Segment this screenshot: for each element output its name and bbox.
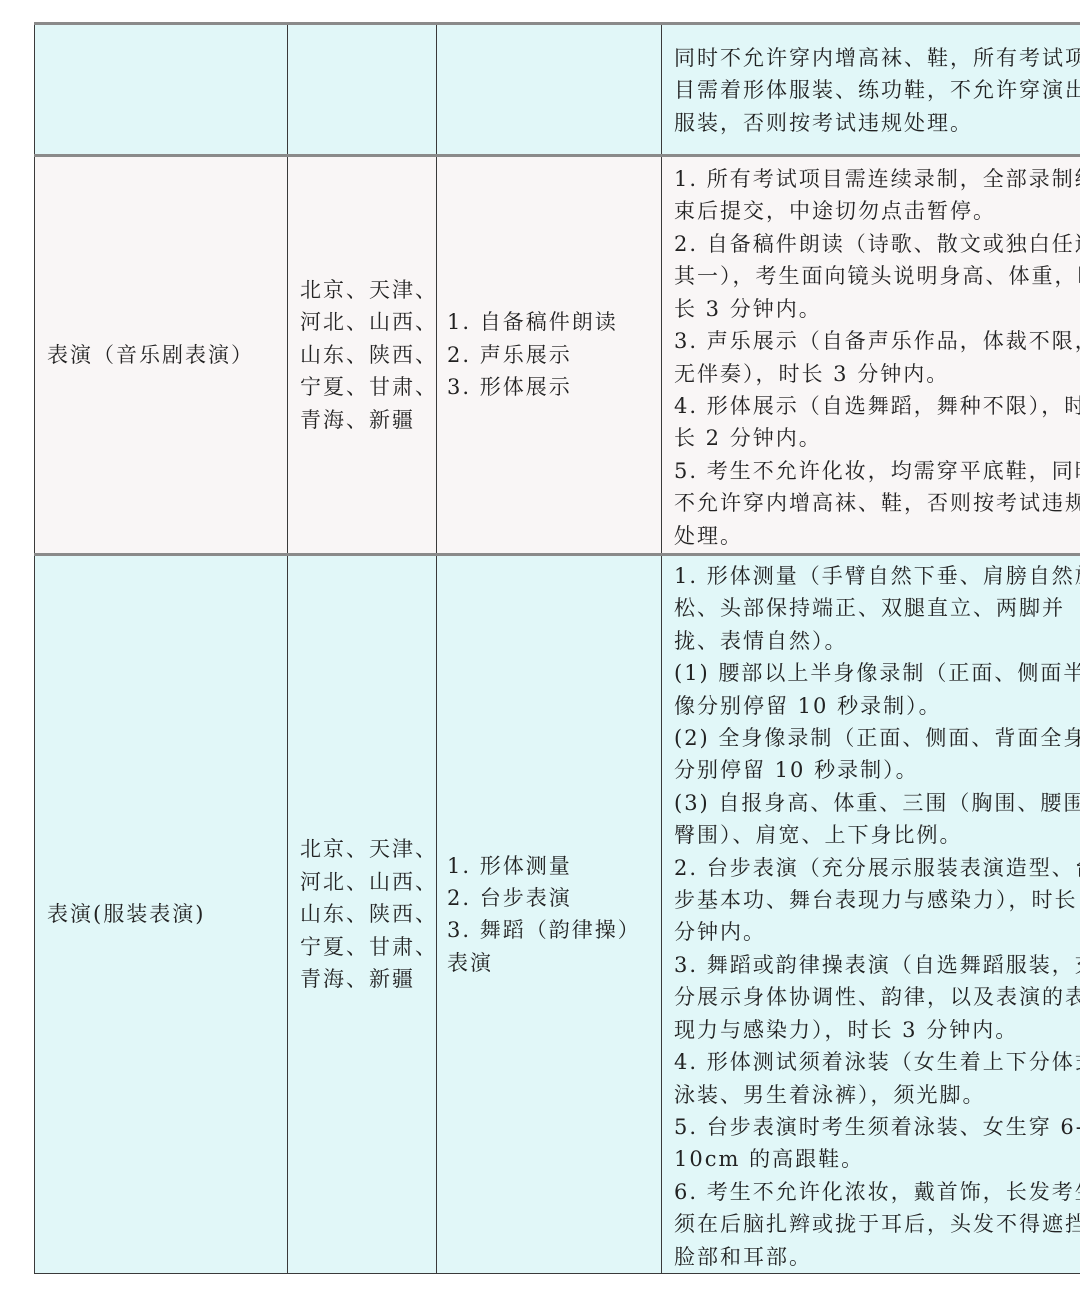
item-line: 1. 自备稿件朗读 bbox=[447, 306, 661, 338]
region-line: 宁夏、甘肃、 bbox=[300, 931, 436, 963]
major-cell: 表演（音乐剧表演） bbox=[35, 156, 288, 555]
table-row: 表演（音乐剧表演） 北京、天津、 河北、山西、 山东、陕西、 宁夏、甘肃、 青海… bbox=[35, 156, 1080, 555]
note-line: 5. 台步表演时考生须着泳装、女生穿 6-10cm 的高跟鞋。 bbox=[674, 1111, 1080, 1176]
region-line: 青海、新疆 bbox=[300, 404, 436, 436]
item-line: 3. 舞蹈（韵律操） bbox=[447, 914, 661, 946]
note-line: 3. 舞蹈或韵律操表演（自选舞蹈服装，充分展示身体协调性、韵律，以及表演的表现力… bbox=[674, 949, 1080, 1046]
notes-cell: 1. 所有考试项目需连续录制，全部录制结束后提交，中途切勿点击暂停。 2. 自备… bbox=[662, 156, 1080, 555]
note-line: 3. 声乐展示（自备声乐作品，体裁不限，无伴奏），时长 3 分钟内。 bbox=[674, 325, 1080, 390]
item-line: 1. 形体测量 bbox=[447, 850, 661, 882]
exam-requirements-table: 同时不允许穿内增高袜、鞋，所有考试项目需着形体服装、练功鞋，不允许穿演出服装，否… bbox=[34, 22, 1080, 1274]
note-line: 5. 考生不允许化妆，均需穿平底鞋，同时不允许穿内增高袜、鞋，否则按考试违规处理… bbox=[674, 455, 1080, 552]
region-cell: 北京、天津、 河北、山西、 山东、陕西、 宁夏、甘肃、 青海、新疆 bbox=[288, 555, 437, 1274]
note-line: (2) 全身像录制（正面、侧面、背面全身像分别停留 10 秒录制）。 bbox=[674, 722, 1080, 787]
note-line: 1. 所有考试项目需连续录制，全部录制结束后提交，中途切勿点击暂停。 bbox=[674, 163, 1080, 228]
region-line: 山东、陕西、 bbox=[300, 898, 436, 930]
note-line: 2. 自备稿件朗读（诗歌、散文或独白任选其一），考生面向镜头说明身高、体重，时长… bbox=[674, 228, 1080, 325]
items-cell bbox=[437, 24, 662, 156]
region-line: 北京、天津、 bbox=[300, 274, 436, 306]
region-cell bbox=[288, 24, 437, 156]
notes-cell: 同时不允许穿内增高袜、鞋，所有考试项目需着形体服装、练功鞋，不允许穿演出服装，否… bbox=[662, 24, 1080, 156]
item-line: 表演 bbox=[447, 947, 661, 979]
items-cell: 1. 自备稿件朗读 2. 声乐展示 3. 形体展示 bbox=[437, 156, 662, 555]
note-line: 2. 台步表演（充分展示服装表演造型、台步基本功、舞台表现力与感染力），时长 3… bbox=[674, 852, 1080, 949]
note-line: 同时不允许穿内增高袜、鞋，所有考试项目需着形体服装、练功鞋，不允许穿演出服装，否… bbox=[674, 42, 1080, 139]
region-line: 青海、新疆 bbox=[300, 963, 436, 995]
region-line: 河北、山西、 bbox=[300, 866, 436, 898]
item-line: 2. 声乐展示 bbox=[447, 339, 661, 371]
region-line: 北京、天津、 bbox=[300, 833, 436, 865]
notes-cell: 1. 形体测量（手臂自然下垂、肩膀自然放松、头部保持端正、双腿直立、两脚并拢、表… bbox=[662, 555, 1080, 1274]
note-line: 1. 形体测量（手臂自然下垂、肩膀自然放松、头部保持端正、双腿直立、两脚并拢、表… bbox=[674, 560, 1080, 657]
note-line: 4. 形体展示（自选舞蹈，舞种不限），时长 2 分钟内。 bbox=[674, 390, 1080, 455]
major-cell: 表演(服装表演) bbox=[35, 555, 288, 1274]
note-line: (3) 自报身高、体重、三围（胸围、腰围、臀围）、肩宽、上下身比例。 bbox=[674, 787, 1080, 852]
note-line: 4. 形体测试须着泳装（女生着上下分体式泳装、男生着泳裤），须光脚。 bbox=[674, 1046, 1080, 1111]
table-row: 表演(服装表演) 北京、天津、 河北、山西、 山东、陕西、 宁夏、甘肃、 青海、… bbox=[35, 555, 1080, 1274]
table-row: 同时不允许穿内增高袜、鞋，所有考试项目需着形体服装、练功鞋，不允许穿演出服装，否… bbox=[35, 24, 1080, 156]
items-cell: 1. 形体测量 2. 台步表演 3. 舞蹈（韵律操） 表演 bbox=[437, 555, 662, 1274]
major-cell bbox=[35, 24, 288, 156]
item-line: 2. 台步表演 bbox=[447, 882, 661, 914]
region-cell: 北京、天津、 河北、山西、 山东、陕西、 宁夏、甘肃、 青海、新疆 bbox=[288, 156, 437, 555]
region-line: 山东、陕西、 bbox=[300, 339, 436, 371]
note-line: 6. 考生不允许化浓妆，戴首饰，长发考生须在后脑扎辫或拢于耳后，头发不得遮挡脸部… bbox=[674, 1176, 1080, 1273]
note-line: (1) 腰部以上半身像录制（正面、侧面半身像分别停留 10 秒录制）。 bbox=[674, 657, 1080, 722]
item-line: 3. 形体展示 bbox=[447, 371, 661, 403]
region-line: 宁夏、甘肃、 bbox=[300, 371, 436, 403]
region-line: 河北、山西、 bbox=[300, 306, 436, 338]
